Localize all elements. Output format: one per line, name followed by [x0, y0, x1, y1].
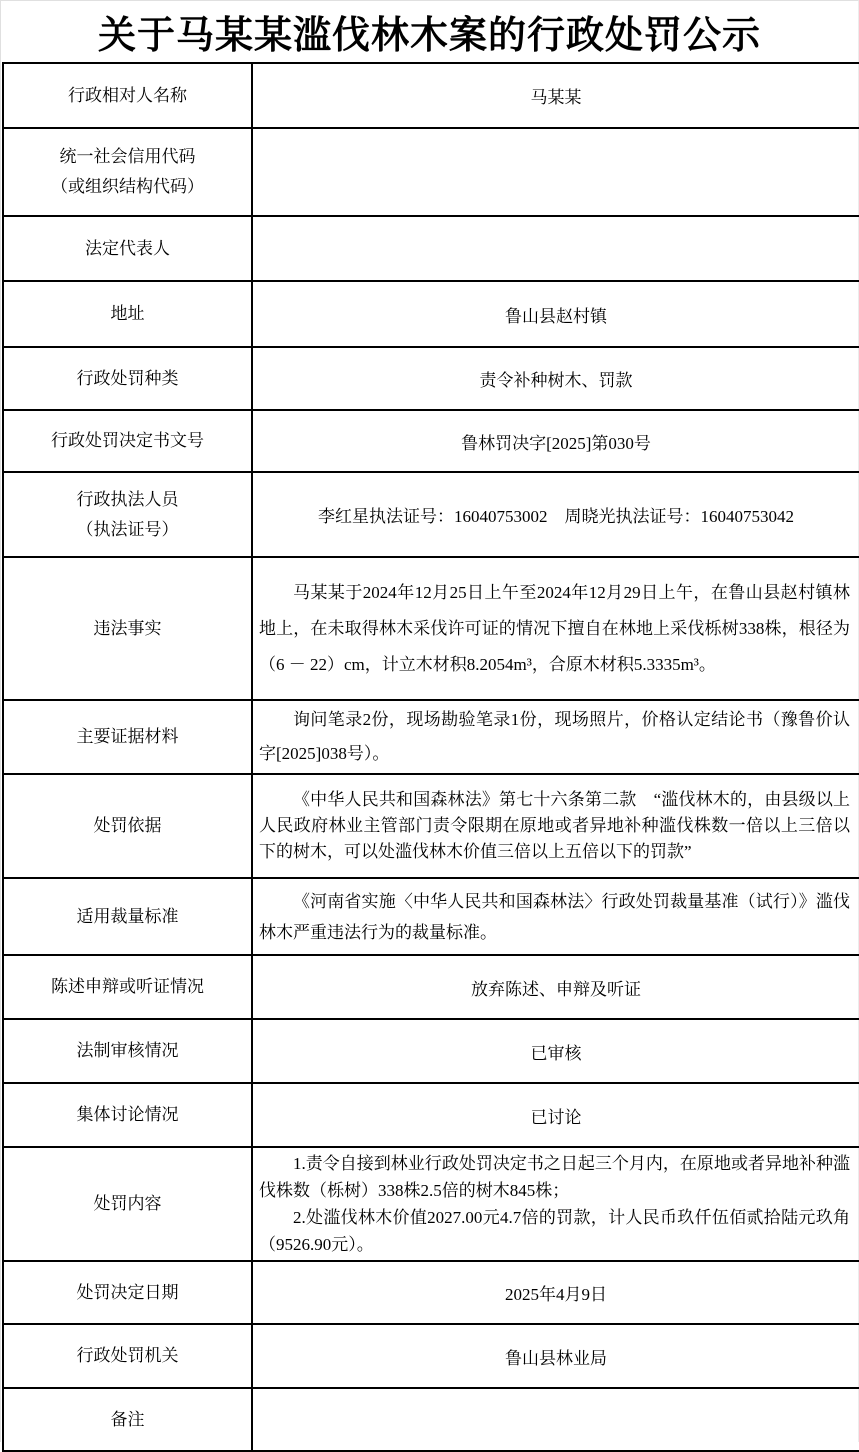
row-value: 《河南省实施〈中华人民共和国森林法〉行政处罚裁量基准（试行）》滥伐林木严重违法行…: [252, 878, 859, 955]
page-title: 关于马某某滥伐林木案的行政处罚公示: [1, 1, 858, 62]
row-value: [252, 216, 859, 281]
row-value: 鲁林罚决字[2025]第030号: [252, 410, 859, 472]
row-value: [252, 128, 859, 216]
table-row: 适用裁量标准 《河南省实施〈中华人民共和国森林法〉行政处罚裁量基准（试行）》滥伐…: [3, 878, 859, 955]
row-label: 陈述申辩或听证情况: [3, 955, 252, 1019]
row-label: 处罚决定日期: [3, 1261, 252, 1324]
row-value: 已审核: [252, 1019, 859, 1083]
table-row: 处罚决定日期 2025年4月9日: [3, 1261, 859, 1324]
table-row: 行政处罚机关 鲁山县林业局: [3, 1324, 859, 1388]
row-label: 违法事实: [3, 557, 252, 700]
discretion-standard-paragraph: 《河南省实施〈中华人民共和国森林法〉行政处罚裁量基准（试行）》滥伐林木严重违法行…: [259, 886, 850, 948]
table-row: 处罚内容 1.责令自接到林业行政处罚决定书之日起三个月内，在原地或者异地补种滥伐…: [3, 1147, 859, 1261]
table-row: 集体讨论情况 已讨论: [3, 1083, 859, 1147]
row-value: 询问笔录2份，现场勘验笔录1份，现场照片，价格认定结论书（豫鲁价认字[2025]…: [252, 700, 859, 774]
table-row: 法制审核情况 已审核: [3, 1019, 859, 1083]
table-row: 行政处罚种类 责令补种树木、罚款: [3, 347, 859, 410]
table-row: 陈述申辩或听证情况 放弃陈述、申辩及听证: [3, 955, 859, 1019]
notice-page: 关于马某某滥伐林木案的行政处罚公示 行政相对人名称 马某某 统一社会信用代码 （…: [0, 0, 859, 1442]
row-value: 李红星执法证号：16040753002 周晓光执法证号：16040753042: [252, 472, 859, 557]
table-row: 地址 鲁山县赵村镇: [3, 281, 859, 347]
row-value: 马某某: [252, 63, 859, 128]
legal-basis-paragraph: 《中华人民共和国森林法》第七十六条第二款 “滥伐林木的，由县级以上人民政府林业主…: [259, 787, 850, 865]
penalty-table: 行政相对人名称 马某某 统一社会信用代码 （或组织结构代码） 法定代表人 地址 …: [2, 62, 859, 1452]
row-value: 1.责令自接到林业行政处罚决定书之日起三个月内，在原地或者异地补种滥伐株数（栎树…: [252, 1147, 859, 1261]
row-value: 马某某于2024年12月25日上午至2024年12月29日上午，在鲁山县赵村镇林…: [252, 557, 859, 700]
table-row: 法定代表人: [3, 216, 859, 281]
table-row: 统一社会信用代码 （或组织结构代码）: [3, 128, 859, 216]
row-value: 2025年4月9日: [252, 1261, 859, 1324]
row-label: 法制审核情况: [3, 1019, 252, 1083]
table-row: 主要证据材料 询问笔录2份，现场勘验笔录1份，现场照片，价格认定结论书（豫鲁价认…: [3, 700, 859, 774]
row-label: 统一社会信用代码 （或组织结构代码）: [3, 128, 252, 216]
penalty-content-paragraph-2: 2.处滥伐林木价值2027.00元4.7倍的罚款，计人民币玖仟伍佰贰拾陆元玖角（…: [259, 1204, 850, 1258]
row-value: 鲁山县林业局: [252, 1324, 859, 1388]
table-row: 处罚依据 《中华人民共和国森林法》第七十六条第二款 “滥伐林木的，由县级以上人民…: [3, 774, 859, 878]
row-label: 地址: [3, 281, 252, 347]
row-label: 处罚依据: [3, 774, 252, 878]
row-label: 集体讨论情况: [3, 1083, 252, 1147]
table-row: 行政相对人名称 马某某: [3, 63, 859, 128]
row-value: 《中华人民共和国森林法》第七十六条第二款 “滥伐林木的，由县级以上人民政府林业主…: [252, 774, 859, 878]
row-value: 鲁山县赵村镇: [252, 281, 859, 347]
row-label: 主要证据材料: [3, 700, 252, 774]
row-label: 行政处罚决定书文号: [3, 410, 252, 472]
row-label: 行政执法人员 （执法证号）: [3, 472, 252, 557]
row-value: 已讨论: [252, 1083, 859, 1147]
table-row: 行政处罚决定书文号 鲁林罚决字[2025]第030号: [3, 410, 859, 472]
row-label: 行政处罚机关: [3, 1324, 252, 1388]
row-label: 行政处罚种类: [3, 347, 252, 410]
row-label: 法定代表人: [3, 216, 252, 281]
penalty-content-paragraph-1: 1.责令自接到林业行政处罚决定书之日起三个月内，在原地或者异地补种滥伐株数（栎树…: [259, 1150, 850, 1204]
row-label: 行政相对人名称: [3, 63, 252, 128]
row-label: 适用裁量标准: [3, 878, 252, 955]
illegal-facts-paragraph: 马某某于2024年12月25日上午至2024年12月29日上午，在鲁山县赵村镇林…: [259, 575, 850, 683]
row-value: 放弃陈述、申辩及听证: [252, 955, 859, 1019]
row-value: 责令补种树木、罚款: [252, 347, 859, 410]
row-label: 处罚内容: [3, 1147, 252, 1261]
evidence-paragraph: 询问笔录2份，现场勘验笔录1份，现场照片，价格认定结论书（豫鲁价认字[2025]…: [259, 703, 850, 771]
table-row: 行政执法人员 （执法证号） 李红星执法证号：16040753002 周晓光执法证…: [3, 472, 859, 557]
table-row: 违法事实 马某某于2024年12月25日上午至2024年12月29日上午，在鲁山…: [3, 557, 859, 700]
